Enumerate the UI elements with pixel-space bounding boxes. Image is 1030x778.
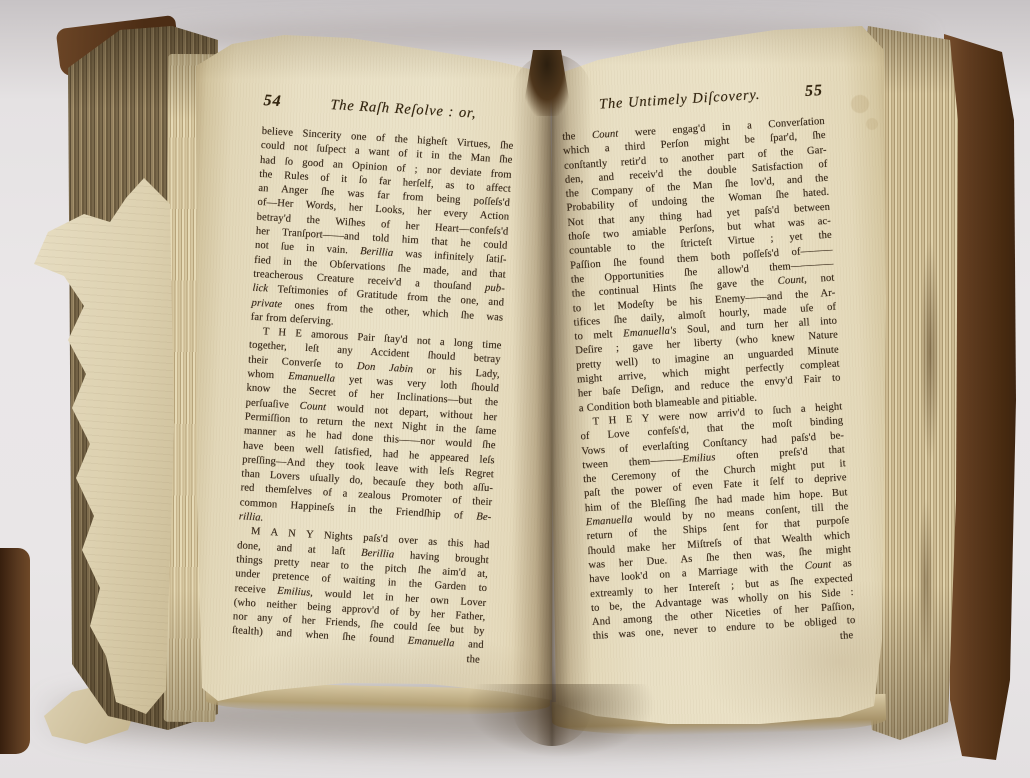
left-page-lines: believe Sincerity one of the higheſt Vir… bbox=[231, 125, 514, 668]
right-page-lines: the Count were engag'd in a Converſation… bbox=[562, 115, 857, 659]
header-spacer bbox=[505, 119, 515, 120]
left-page-text: 54 The Raſh Reſolve : or, believe Sincer… bbox=[231, 94, 516, 668]
book-photograph: 54 The Raſh Reſolve : or, believe Sincer… bbox=[0, 0, 1030, 778]
page-number-left: 54 bbox=[263, 94, 302, 111]
leather-cover-bottom-left bbox=[0, 548, 30, 754]
gutter-bottom-shadow bbox=[466, 684, 656, 758]
right-page-text: The Untimely Diſcovery. 55 the Count wer… bbox=[560, 84, 857, 659]
page-number-right: 55 bbox=[789, 84, 824, 100]
header-spacer bbox=[561, 110, 571, 111]
